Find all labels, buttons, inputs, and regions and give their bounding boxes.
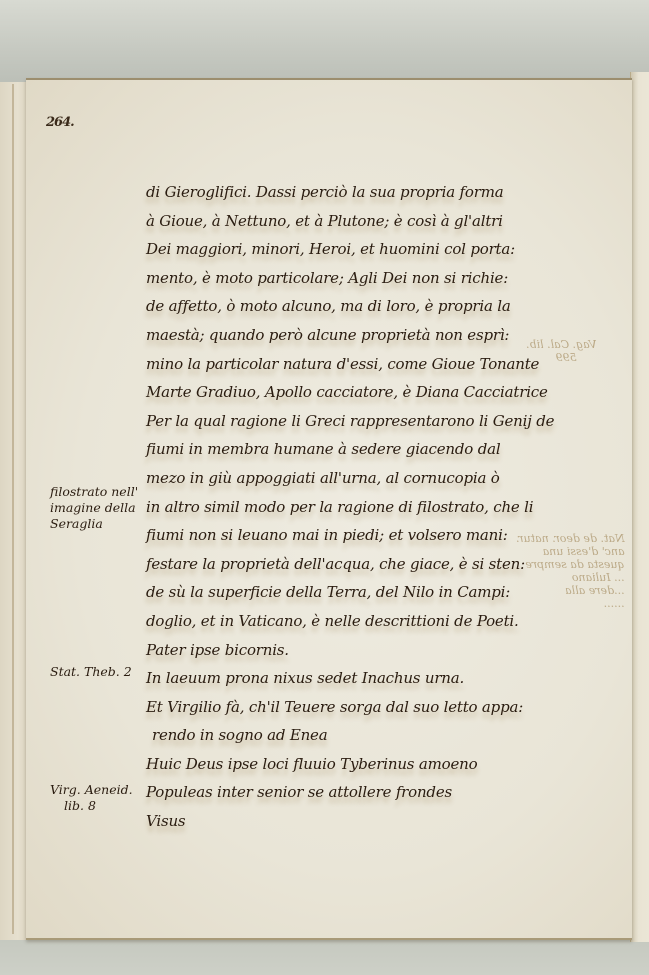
text-line: de sù la superficie della Terra, del Nil… [146, 578, 586, 607]
text-line: Per la qual ragione li Greci rappresenta… [146, 407, 586, 436]
text-line: fiumi in membra humane à sedere giacendo… [146, 435, 586, 464]
scanner-background-top [0, 0, 649, 90]
text-line: à Gioue, à Nettuno, et à Plutone; è così… [146, 207, 586, 236]
text-line: Populeas inter senior se attollere frond… [146, 778, 586, 807]
text-line: Visus [146, 807, 586, 836]
text-line: In laeuum prona nixus sedet Inachus urna… [146, 664, 586, 693]
text-line: in altro simil modo per la ragione di fi… [146, 493, 586, 522]
text-line: Dei maggiori, minori, Heroi, et huomini … [146, 235, 586, 264]
facing-page-edge [630, 72, 649, 942]
text-line: de affetto, ò moto alcuno, ma di loro, è… [146, 292, 586, 321]
text-line: mino la particolar natura d'essi, come G… [146, 350, 586, 379]
page-stack-line [12, 84, 14, 934]
text-line: doglio, et in Vaticano, è nelle descritt… [146, 607, 586, 636]
text-line: Huic Deus ipse loci fluuio Tyberinus amo… [146, 750, 586, 779]
manuscript-page: 264. Vag. Cal. lib. 599 Nat. de deor. na… [26, 78, 632, 940]
text-line: festare la proprietà dell'acqua, che gia… [146, 550, 586, 579]
text-line: di Gieroglifici. Dassi perciò la sua pro… [146, 178, 586, 207]
margin-note-filostrato: filostrato nell' imagine della Seraglia [50, 484, 138, 532]
margin-note-virgil: Virg. Aeneid. lib. 8 [50, 782, 133, 814]
text-line: maestà; quando però alcune proprietà non… [146, 321, 586, 350]
text-line: mento, è moto particolare; Agli Dei non … [146, 264, 586, 293]
margin-note-statius: Stat. Theb. 2 [50, 664, 132, 680]
text-line: Marte Gradiuo, Apollo cacciatore, è Dian… [146, 378, 586, 407]
page-number: 264. [46, 115, 74, 130]
text-line: mezo in giù appoggiati all'urna, al corn… [146, 464, 586, 493]
manuscript-body: di Gieroglifici. Dassi perciò la sua pro… [146, 178, 586, 836]
scanner-background-bottom [0, 935, 649, 975]
text-line: Et Virgilio fà, ch'il Teuere sorga dal s… [146, 693, 586, 722]
text-line: Pater ipse bicornis. [146, 636, 586, 665]
text-line: rendo in sogno ad Enea [146, 721, 586, 750]
text-line: fiumi non si leuano mai in piedi; et vol… [146, 521, 586, 550]
